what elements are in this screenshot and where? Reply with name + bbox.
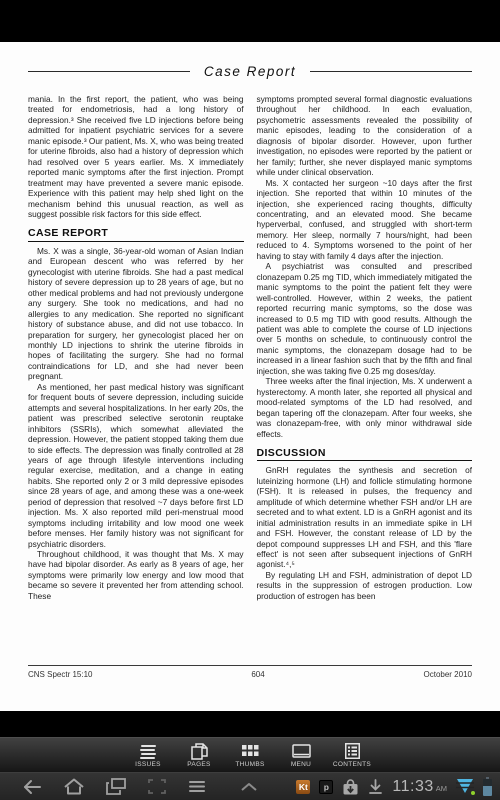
status-tray[interactable]: Kt p 11:33 AM bbox=[296, 777, 492, 796]
journal-name: CNS Spectr 15:10 bbox=[28, 670, 92, 679]
wifi-icon bbox=[456, 778, 474, 795]
toolbar-button-thumbs[interactable]: THUMBS bbox=[229, 743, 271, 768]
page-footer: CNS Spectr 15:10 604 October 2010 bbox=[28, 665, 472, 679]
clock[interactable]: 11:33 AM bbox=[392, 778, 447, 796]
paragraph: symptoms prompted several formal diagnos… bbox=[257, 94, 473, 178]
issues-icon bbox=[139, 743, 158, 760]
network-activity-dot bbox=[471, 791, 475, 795]
bottom-letterbox bbox=[0, 711, 500, 737]
two-column-text: mania. In the first report, the patient,… bbox=[28, 94, 472, 642]
header-rule-left bbox=[28, 71, 190, 72]
top-letterbox bbox=[0, 0, 500, 42]
back-button[interactable] bbox=[22, 779, 42, 795]
paragraph: By regulating LH and FSH, administration… bbox=[257, 570, 473, 601]
install-bag-icon[interactable] bbox=[342, 779, 359, 795]
battery-icon bbox=[483, 777, 492, 796]
screenshot-button[interactable] bbox=[148, 779, 166, 794]
thumbs-icon bbox=[242, 743, 259, 760]
paragraph: Ms. X contacted her surgeon ~10 days aft… bbox=[257, 178, 473, 262]
toolbar-button-pages[interactable]: PAGES bbox=[178, 743, 220, 768]
document-page[interactable]: Case Report mania. In the first report, … bbox=[0, 42, 500, 711]
paragraph: mania. In the first report, the patient,… bbox=[28, 94, 244, 219]
toolbar-button-menu[interactable]: MENU bbox=[280, 743, 322, 768]
meridiem-text: AM bbox=[436, 784, 447, 793]
paragraph: A psychiatrist was consulted and prescri… bbox=[257, 261, 473, 376]
notification-badge-kt[interactable]: Kt bbox=[296, 780, 310, 794]
left-column: mania. In the first report, the patient,… bbox=[28, 94, 244, 642]
running-head-title: Case Report bbox=[204, 64, 296, 79]
paragraph: As mentioned, her past medical history w… bbox=[28, 382, 244, 549]
contents-icon bbox=[345, 743, 360, 760]
footer-rule bbox=[28, 665, 472, 666]
toolbar-label: THUMBS bbox=[235, 761, 264, 768]
toolbar-label: CONTENTS bbox=[333, 761, 371, 768]
android-system-bar: Kt p 11:33 AM bbox=[0, 772, 500, 800]
menu-icon bbox=[292, 743, 311, 760]
reader-toolbar: ISSUES PAGES THUMBS MENU CONTENTS bbox=[0, 737, 500, 772]
paragraph: GnRH regulates the synthesis and secreti… bbox=[257, 465, 473, 570]
time-text: 11:33 bbox=[392, 778, 433, 796]
section-heading-discussion: DISCUSSION bbox=[257, 448, 473, 461]
navigation-buttons bbox=[22, 778, 206, 795]
toolbar-button-contents[interactable]: CONTENTS bbox=[331, 743, 373, 768]
paragraph: Throughout childhood, it was thought tha… bbox=[28, 549, 244, 601]
issue-date: October 2010 bbox=[424, 670, 472, 679]
right-column: symptoms prompted several formal diagnos… bbox=[257, 94, 473, 642]
toolbar-label: MENU bbox=[291, 761, 311, 768]
recent-apps-button[interactable] bbox=[106, 778, 126, 795]
caret-up-icon[interactable] bbox=[240, 782, 258, 792]
section-heading-case-report: CASE REPORT bbox=[28, 228, 244, 241]
paragraph: Three weeks after the final injection, M… bbox=[257, 376, 473, 439]
menu-lines-button[interactable] bbox=[188, 780, 206, 793]
pages-icon bbox=[191, 743, 208, 760]
tablet-screen: Case Report mania. In the first report, … bbox=[0, 0, 500, 800]
header-rule-right bbox=[310, 71, 472, 72]
download-icon[interactable] bbox=[368, 779, 383, 795]
battery-level-fill bbox=[483, 786, 492, 796]
toolbar-button-issues[interactable]: ISSUES bbox=[127, 743, 169, 768]
page-number: 604 bbox=[251, 670, 264, 679]
paragraph: Ms. X was a single, 36-year-old woman of… bbox=[28, 246, 244, 382]
journal-header: Case Report bbox=[28, 42, 472, 79]
notification-badge-p[interactable]: p bbox=[319, 780, 333, 794]
toolbar-label: PAGES bbox=[187, 761, 210, 768]
toolbar-label: ISSUES bbox=[135, 761, 161, 768]
home-button[interactable] bbox=[64, 778, 84, 795]
